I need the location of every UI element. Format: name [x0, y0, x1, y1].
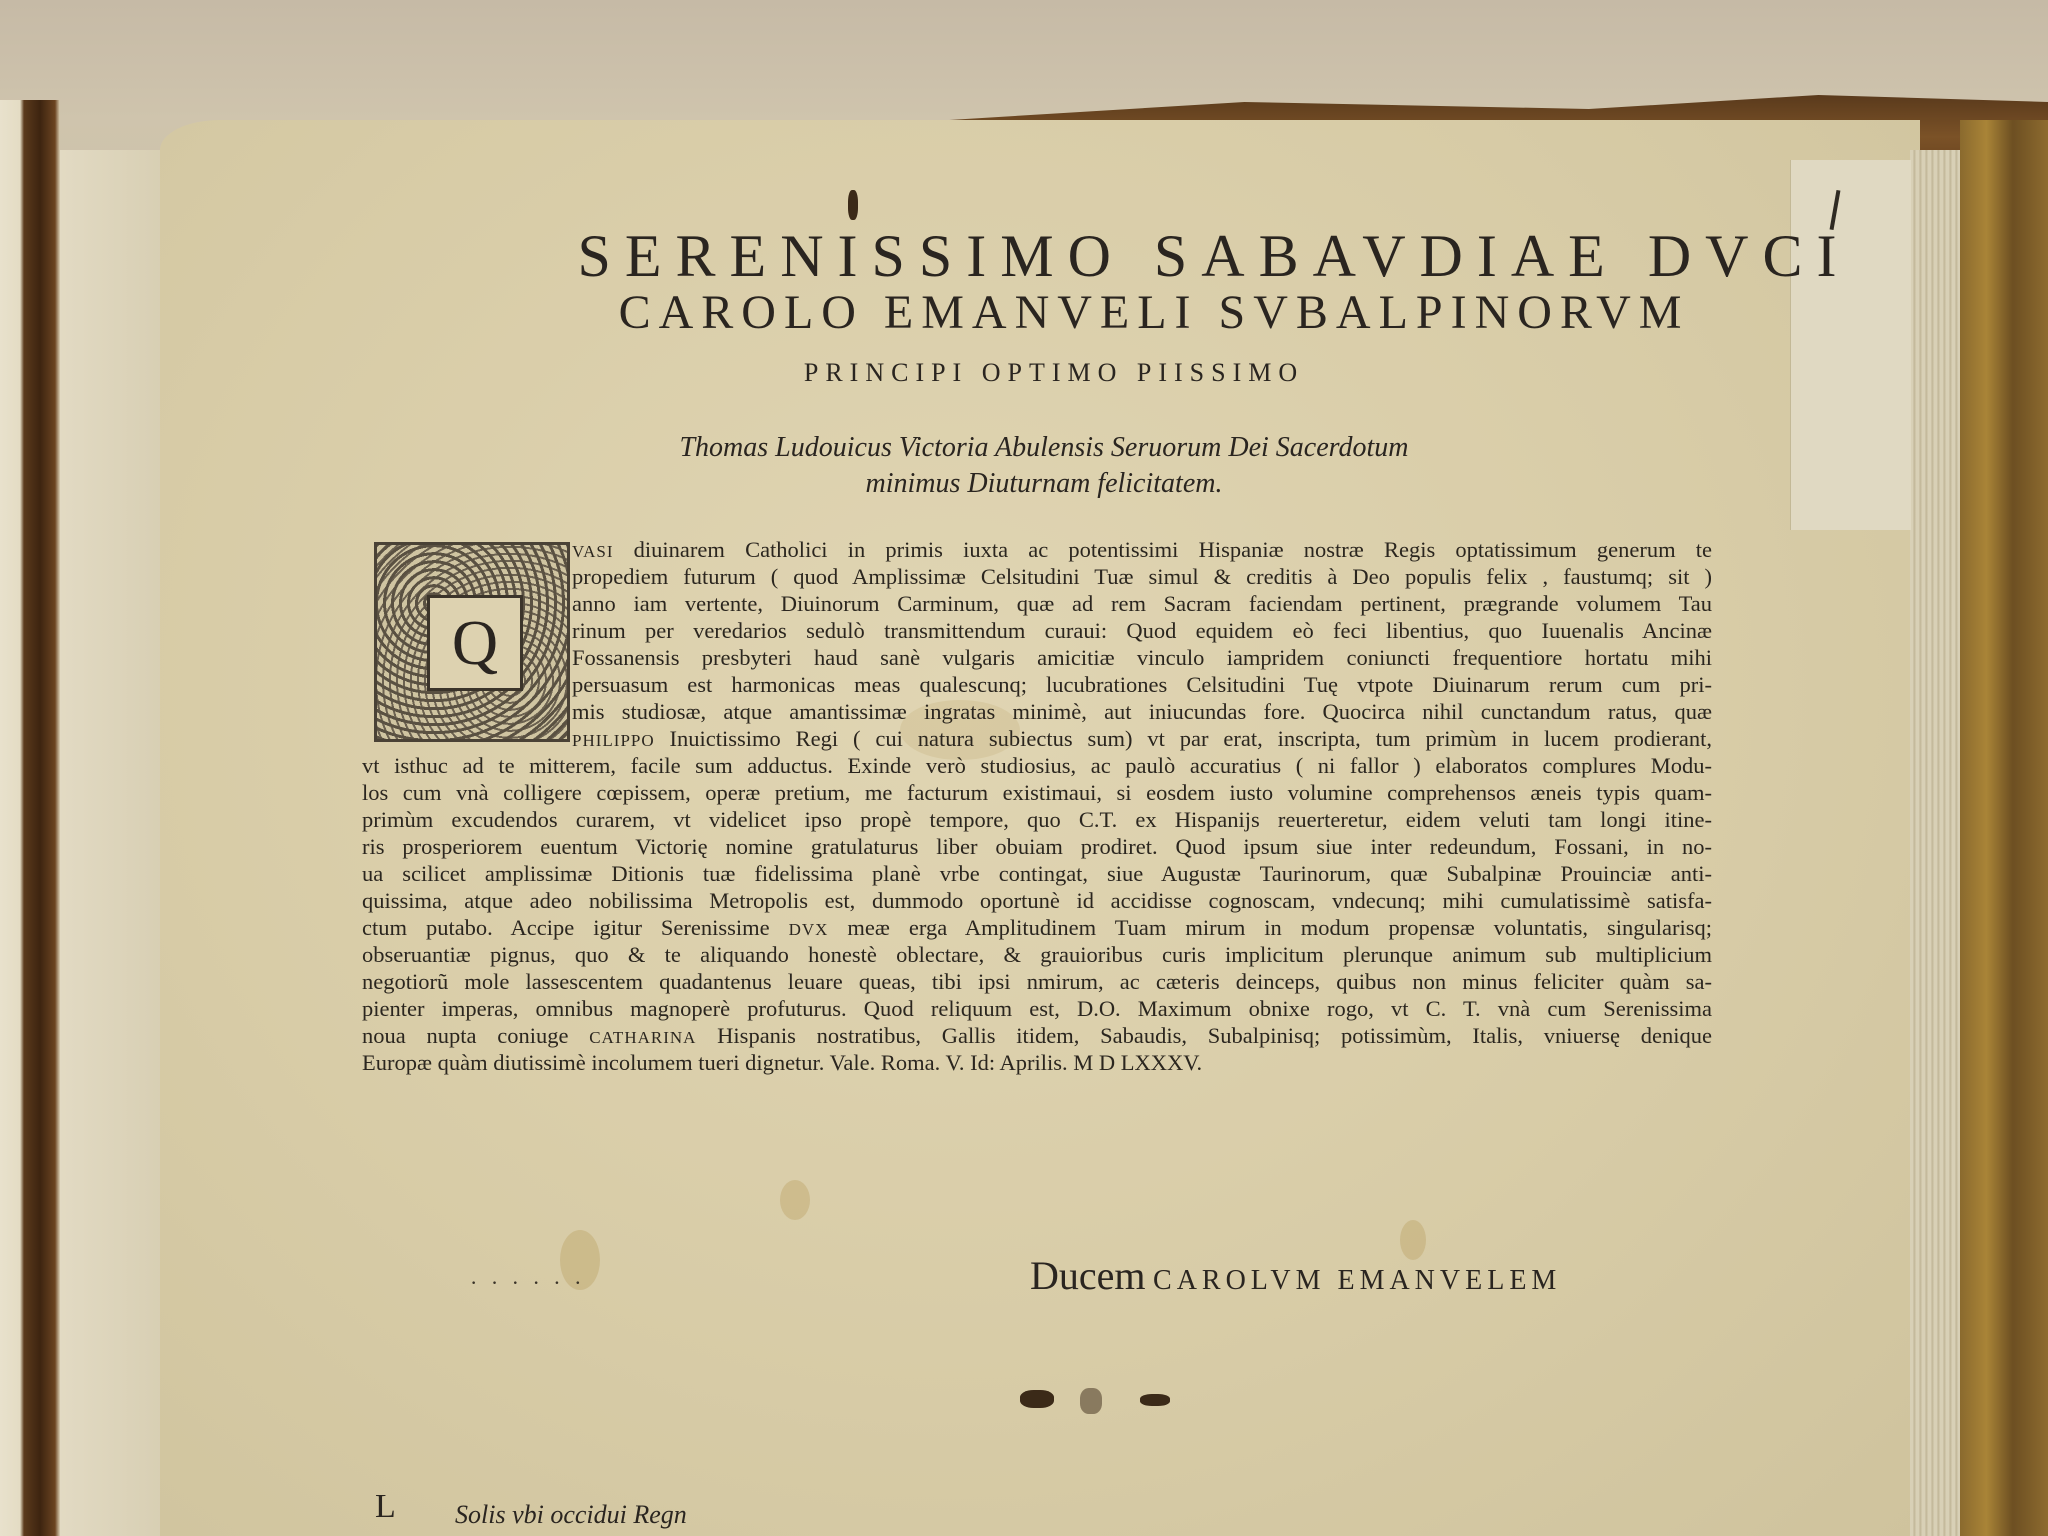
- dedication-line-1: Thomas Ludouicus Victoria Abulensis Seru…: [0, 432, 2048, 464]
- text-line: anno iam vertente, Diuinorum Carminum, q…: [362, 590, 1712, 617]
- body-text: VASI diuinarem Catholici in primis iuxta…: [362, 536, 1712, 1076]
- dedication-line-2: minimus Diuturnam felicitatem.: [0, 468, 2048, 500]
- title-line-3: PRINCIPI OPTIMO PIISSIMO: [0, 358, 2048, 388]
- text-line: obseruantiæ pignus, quo & te aliquando h…: [362, 941, 1712, 968]
- heading-word: Ducem: [1030, 1253, 1146, 1298]
- text-line: mis studiosæ, atque amantissimæ ingratas…: [362, 698, 1712, 725]
- text-line: propediem futurum ( quod Amplissimæ Cels…: [362, 563, 1712, 590]
- text-line: pienter imperas, omnibus magnoperè profu…: [362, 995, 1712, 1022]
- text-line: PHILIPPO Inuictissimo Regi ( cui natura …: [362, 725, 1712, 752]
- heading-name: CAROLVM EMANVELEM: [1153, 1265, 1561, 1296]
- bleed-through-heading: Ducem CAROLVM EMANVELEM: [1030, 1252, 1561, 1299]
- bottom-italic-text: Solis vbi occidui Regn: [455, 1500, 687, 1530]
- text-line: negotiorũ mole lassescentem quadantenus …: [362, 968, 1712, 995]
- ink-blot: [1140, 1394, 1170, 1406]
- text-line: quissima, atque adeo nobilissima Metropo…: [362, 887, 1712, 914]
- text-line: noua nupta coniuge CATHARINA Hispanis no…: [362, 1022, 1712, 1049]
- title-line-1: SERENISSIMO SABAVDIAE DVCI: [0, 222, 2048, 291]
- faded-fragment: · · · · · ·: [470, 1270, 585, 1296]
- text-line: ctum putabo. Accipe igitur Serenissime D…: [362, 914, 1712, 941]
- text-line: VASI diuinarem Catholici in primis iuxta…: [362, 536, 1712, 563]
- ink-blot: [1020, 1390, 1054, 1408]
- text-line: rinum per veredarios sedulò transmittend…: [362, 617, 1712, 644]
- closing-line: Europæ quàm diutissimè incolumem tueri d…: [362, 1049, 1712, 1076]
- text-line: vt isthuc ad te mitterem, facile sum add…: [362, 752, 1712, 779]
- text-line: primùm excudendos curarem, vt videlicet …: [362, 806, 1712, 833]
- foxing-stain: [780, 1180, 810, 1220]
- bottom-initial: L: [375, 1488, 396, 1526]
- title-line-2: CAROLO EMANVELI SVBALPINORVM: [0, 285, 2048, 340]
- text-line: ris prosperiorem euentum Victorię nomine…: [362, 833, 1712, 860]
- text-line: los cum vnà colligere cœpissem, operæ pr…: [362, 779, 1712, 806]
- ink-blot: [1080, 1388, 1102, 1414]
- text-line: Fossanensis presbyteri haud sanè vulgari…: [362, 644, 1712, 671]
- text-line: ua scilicet amplissimæ Ditionis tuæ fide…: [362, 860, 1712, 887]
- text-line: persuasum est harmonicas meas qualescunq…: [362, 671, 1712, 698]
- ink-blot: [848, 190, 858, 220]
